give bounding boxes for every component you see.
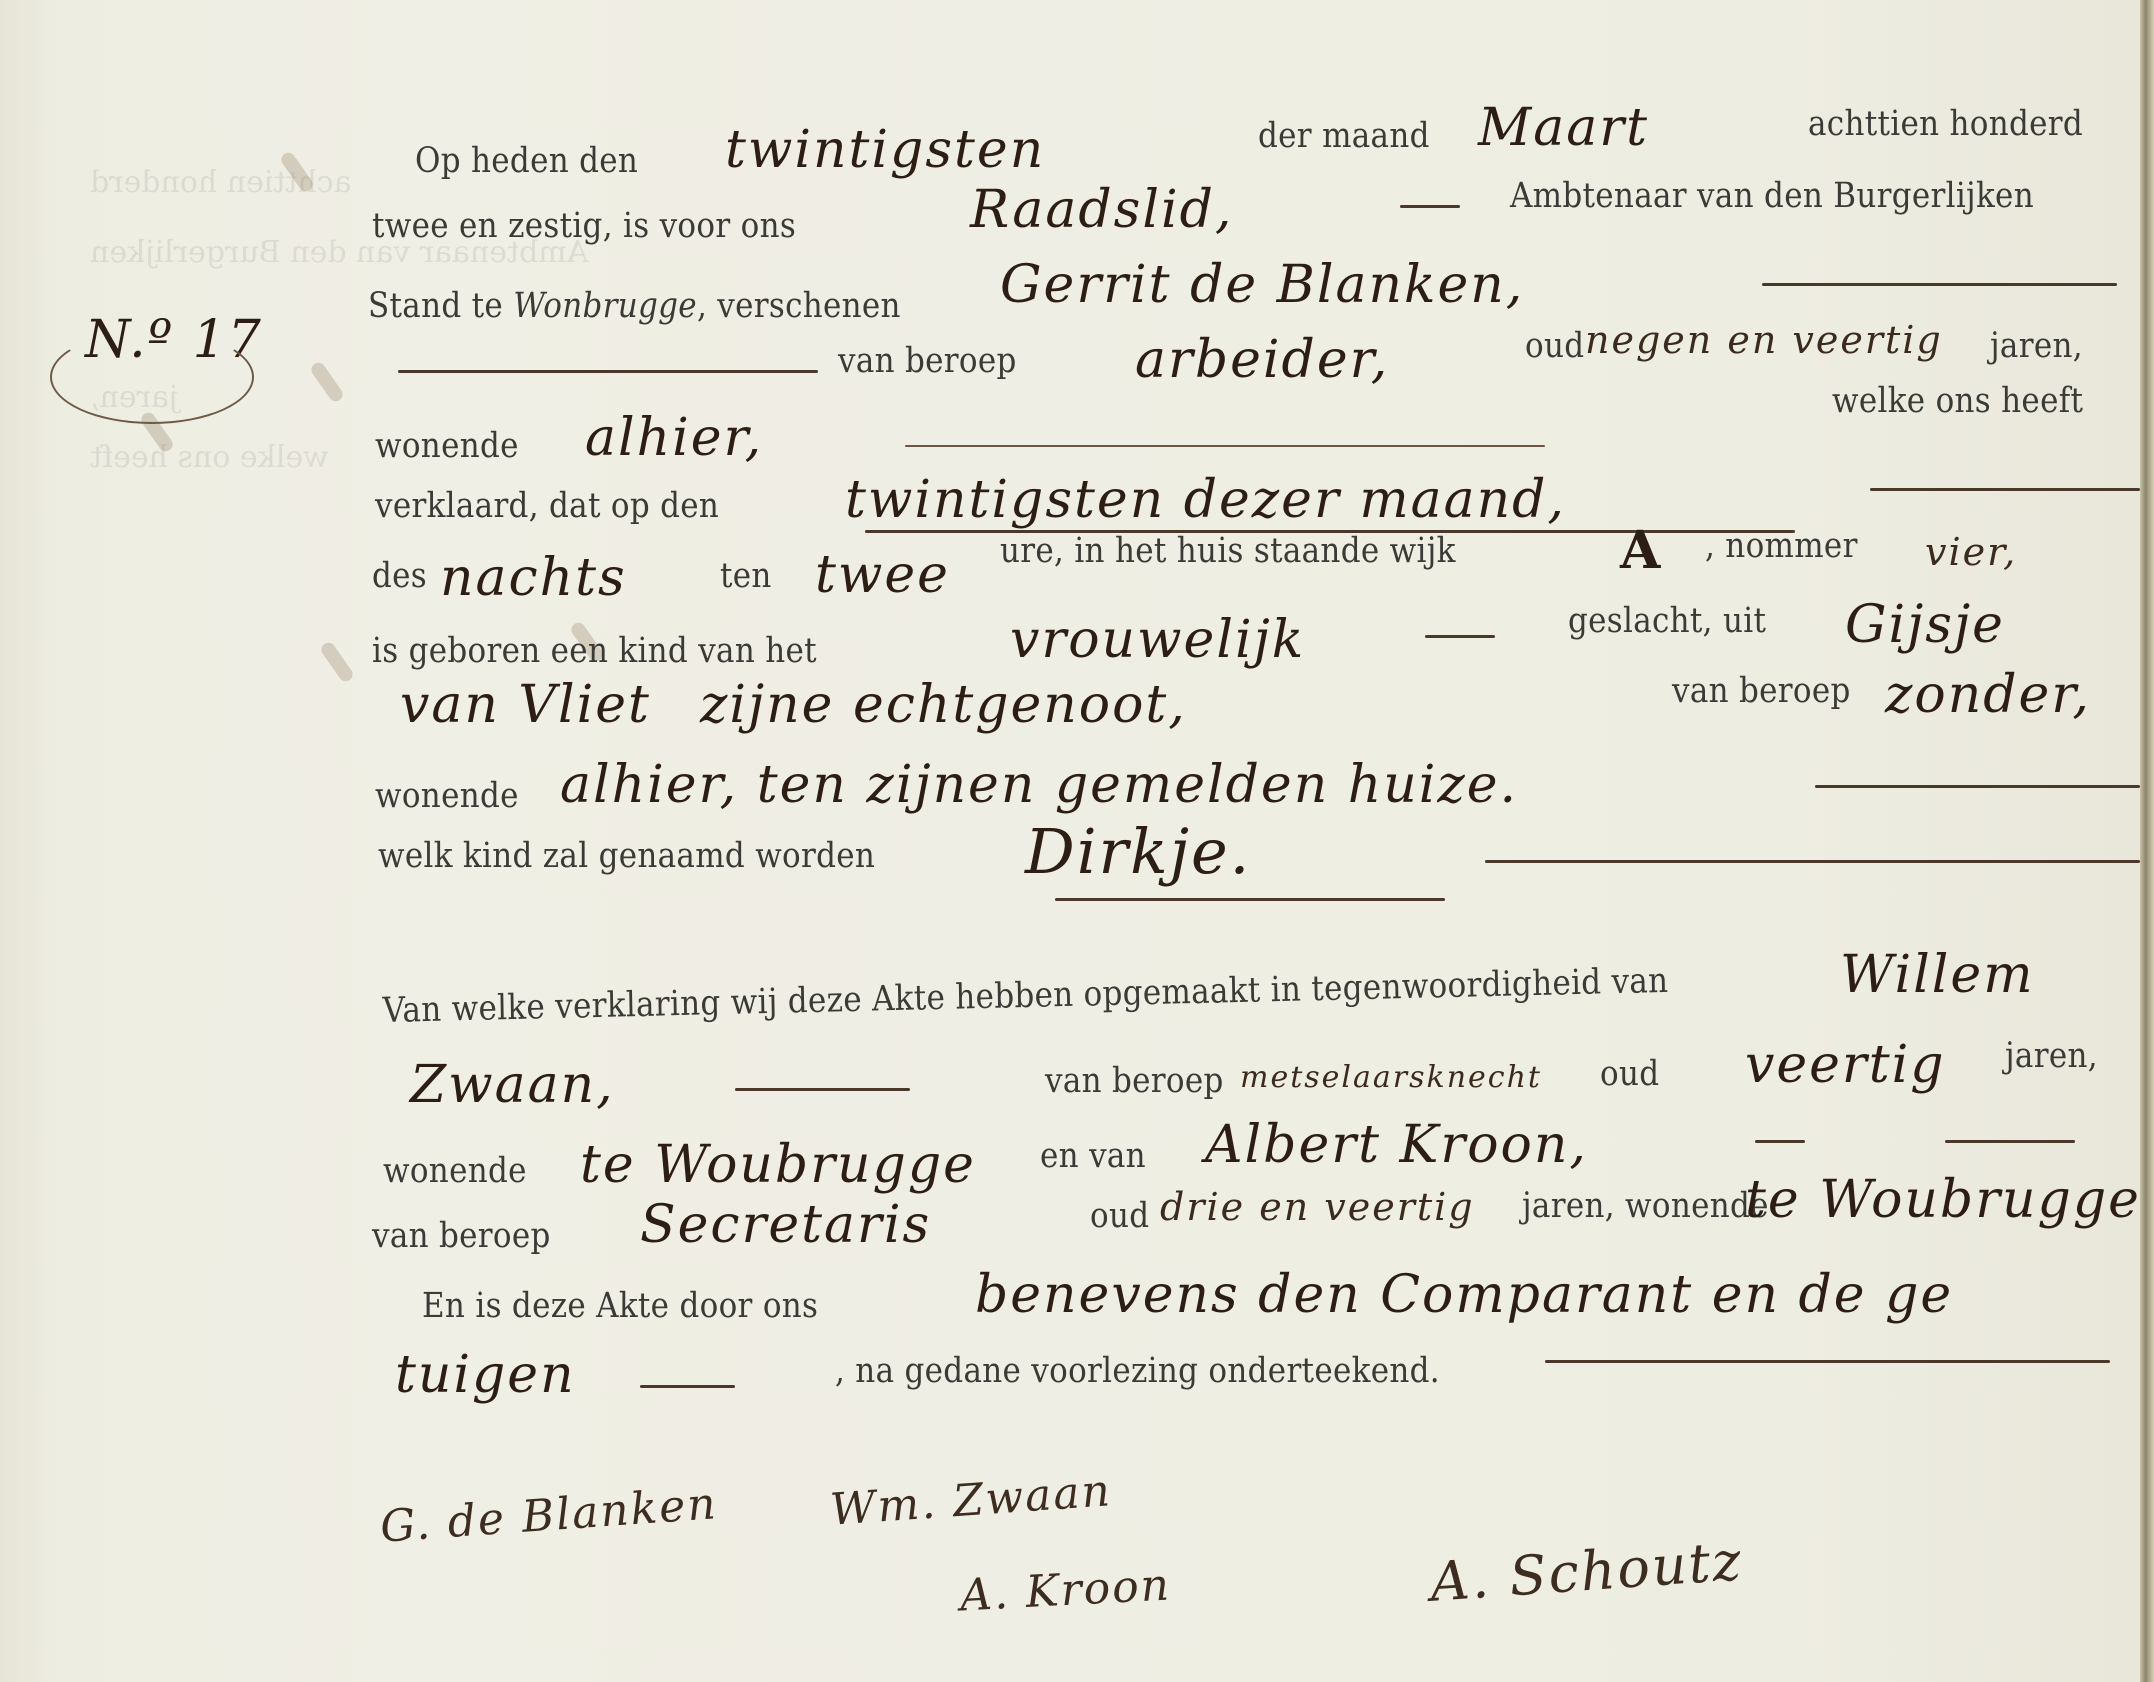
printed-text: achttien honderd [1808, 104, 2083, 144]
bleed-through-text: welke ons heeft [90, 440, 329, 475]
field-hour: twee [815, 545, 950, 605]
printed-text: van beroep [372, 1216, 551, 1256]
fill-line [1400, 205, 1460, 208]
fill-line [1815, 785, 2140, 788]
printed-text: verklaard, dat op den [375, 486, 719, 526]
field-month: Maart [1478, 98, 1649, 158]
printed-text: Ambtenaar van den Burgerlijken [1510, 176, 2034, 216]
field-witness2-occupation: Secretaris [640, 1195, 931, 1255]
printed-text: Van welke verklaring wij deze Akte hebbe… [382, 961, 1669, 1031]
field-child-name: Dirkje. [1025, 815, 1251, 888]
printed-text: jaren, wonende [1522, 1186, 1769, 1226]
printed-text: ten [720, 556, 772, 596]
printed-text: van beroep [1045, 1061, 1224, 1101]
fill-line [1762, 283, 2117, 286]
certificate-page: achttien honderd Ambtenaar van den Burge… [0, 0, 2154, 1682]
fill-line [735, 1088, 910, 1091]
field-official-title: Raadslid, [970, 180, 1233, 240]
fill-line [1945, 1140, 2075, 1143]
printed-text: Stand te [368, 286, 503, 326]
printed-text: , verschenen [697, 286, 901, 326]
paper-stain [319, 640, 356, 684]
field-wijk: A [1620, 520, 1662, 581]
printed-text: jaren, [2005, 1036, 2098, 1076]
printed-text: der maand [1258, 116, 1430, 156]
printed-text: Op heden den [415, 141, 638, 181]
page-edge [2140, 0, 2154, 1682]
signature-declarant: G. de Blanken [379, 1478, 720, 1552]
paper-stain [309, 360, 346, 404]
field-sex: vrouwelijk [1010, 610, 1305, 670]
printed-text: , na gedane voorlezing onderteekend. [835, 1351, 1440, 1391]
field-declarant-name: Gerrit de Blanken, [1000, 255, 1524, 315]
field-mother-relation: zijne echtgenoot, [700, 675, 1187, 735]
printed-text: en van [1040, 1136, 1146, 1176]
printed-text: welke ons heeft [1832, 381, 2083, 421]
printed-text: wonende [375, 776, 519, 816]
field-witness2-age: drie en veertig [1160, 1185, 1475, 1229]
field-birth-date: twintigsten dezer maand, [845, 470, 1566, 530]
registry-number-flourish [50, 330, 254, 424]
field-time-of-day: nachts [440, 548, 627, 608]
place-name: Wonbrugge [513, 286, 697, 326]
field-mother-first-name: Gijsje [1845, 595, 2005, 655]
field-signing-note-continued: tuigen [395, 1345, 576, 1405]
printed-text: wonende [383, 1151, 527, 1191]
field-mother-occupation: zonder, [1885, 665, 2091, 725]
field-witness2-name: Albert Kroon, [1205, 1115, 1588, 1175]
printed-text: ure, in het huis staande wijk [1000, 531, 1456, 571]
printed-text: oud [1525, 326, 1584, 366]
printed-text: is geboren een kind van het [372, 631, 817, 671]
signature-official: A. Schoutz [1428, 1529, 1744, 1614]
field-declarant-age: negen en veertig [1585, 318, 1943, 362]
field-residence-detail: alhier, ten zijnen gemelden huize. [560, 755, 1518, 815]
printed-text: , nommer [1705, 526, 1858, 566]
field-declarant-residence: alhier, [585, 408, 763, 468]
printed-text: twee en zestig, is voor ons [372, 206, 796, 246]
field-signing-note: benevens den Comparant en de ge [975, 1265, 1953, 1325]
fill-line [1425, 635, 1495, 638]
field-witness1-residence: te Woubrugge [580, 1135, 976, 1195]
field-witness1-age: veertig [1745, 1035, 1946, 1095]
signature-witness1: Wm. Zwaan [829, 1465, 1114, 1536]
printed-text: Stand te Wonbrugge, verschenen [368, 286, 901, 326]
printed-text: welk kind zal genaamd worden [378, 836, 875, 876]
fill-line [1755, 1140, 1805, 1143]
field-day: twintigsten [725, 120, 1045, 180]
fill-line [1485, 860, 2140, 863]
field-witness2-residence: te Woubrugge [1745, 1170, 2141, 1230]
field-declarant-occupation: arbeider, [1135, 330, 1389, 390]
fill-line [1545, 1360, 2110, 1363]
field-house-number: vier, [1925, 530, 2017, 574]
printed-text: oud [1090, 1196, 1149, 1236]
printed-text: wonende [375, 426, 519, 466]
underline [1055, 898, 1445, 901]
field-witness1-first-name: Willem [1840, 945, 2035, 1005]
field-mother-last-name: van Vliet [400, 675, 651, 735]
printed-text: des [372, 556, 427, 596]
fill-line [1870, 488, 2140, 491]
printed-text: van beroep [1672, 671, 1851, 711]
printed-text: oud [1600, 1054, 1659, 1094]
printed-text: jaren, [1990, 326, 2083, 366]
printed-text: En is deze Akte door ons [422, 1286, 818, 1326]
printed-text: geslacht, uit [1568, 601, 1766, 641]
fill-line [640, 1385, 735, 1388]
field-witness1-last-name: Zwaan, [410, 1055, 615, 1115]
fill-line [398, 370, 818, 373]
printed-text: van beroep [838, 341, 1017, 381]
signature-witness2: A. Kroon [959, 1560, 1172, 1622]
field-witness1-occupation: metselaarsknecht [1240, 1060, 1542, 1095]
fill-line [905, 445, 1545, 447]
